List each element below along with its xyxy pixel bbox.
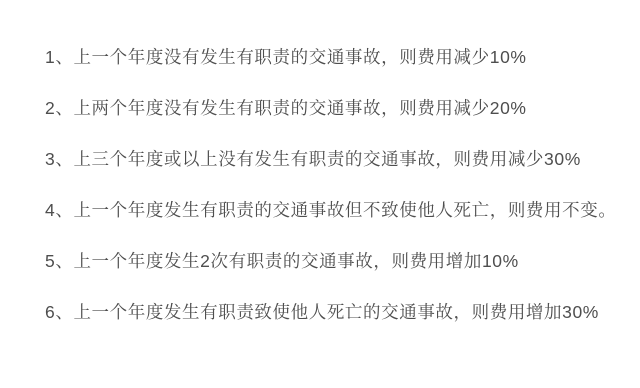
item-number: 3、 [45, 146, 73, 171]
item-number: 5、 [45, 248, 73, 273]
item-number: 1、 [45, 44, 73, 69]
list-item: 4、 上一个年度发生有职责的交通事故但不致使他人死亡，则费用不变。 [45, 197, 620, 248]
rules-list: 1、 上一个年度没有发生有职责的交通事故，则费用减少10% 2、 上两个年度没有… [45, 44, 620, 350]
item-number: 6、 [45, 299, 73, 324]
item-number: 2、 [45, 95, 73, 120]
item-text: 上一个年度发生有职责致使他人死亡的交通事故，则费用增加30% [73, 299, 599, 324]
list-item: 3、 上三个年度或以上没有发生有职责的交通事故，则费用减少30% [45, 146, 620, 197]
item-text: 上一个年度没有发生有职责的交通事故，则费用减少10% [73, 44, 526, 69]
page: 1、 上一个年度没有发生有职责的交通事故，则费用减少10% 2、 上两个年度没有… [0, 0, 640, 388]
item-text: 上两个年度没有发生有职责的交通事故，则费用减少20% [73, 95, 526, 120]
item-text: 上一个年度发生2次有职责的交通事故，则费用增加10% [73, 248, 518, 273]
list-item: 2、 上两个年度没有发生有职责的交通事故，则费用减少20% [45, 95, 620, 146]
item-number: 4、 [45, 197, 73, 222]
list-item: 6、 上一个年度发生有职责致使他人死亡的交通事故，则费用增加30% [45, 299, 620, 350]
item-text: 上一个年度发生有职责的交通事故但不致使他人死亡，则费用不变。 [73, 197, 616, 222]
item-text: 上三个年度或以上没有发生有职责的交通事故，则费用减少30% [73, 146, 580, 171]
list-item: 5、 上一个年度发生2次有职责的交通事故，则费用增加10% [45, 248, 620, 299]
list-item: 1、 上一个年度没有发生有职责的交通事故，则费用减少10% [45, 44, 620, 95]
